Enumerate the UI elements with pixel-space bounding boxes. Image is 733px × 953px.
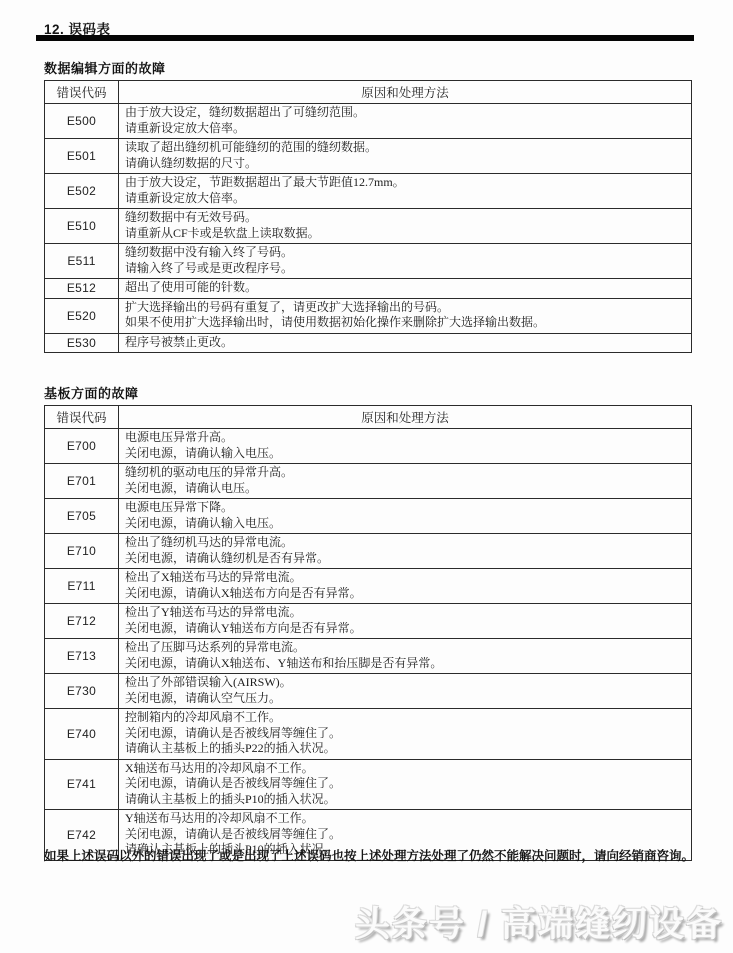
error-code: E741 xyxy=(45,759,119,810)
table-row: E530 程序号被禁止更改。 xyxy=(45,333,692,353)
table-row: E730 检出了外部错误输入(AIRSW)。关闭电源，请确认空气压力。 xyxy=(45,674,692,709)
description-line: 请确认主基板上的插头P22的插入状况。 xyxy=(125,741,685,757)
error-code: E700 xyxy=(45,429,119,464)
error-description: 由于放大设定，缝纫数据超出了可缝纫范围。请重新设定放大倍率。 xyxy=(119,104,692,139)
error-code: E520 xyxy=(45,298,119,333)
description-line: 缝纫数据中有无效号码。 xyxy=(125,210,685,226)
description-line: 缝纫数据中没有输入终了号码。 xyxy=(125,245,685,261)
error-description: 电源电压异常下降。关闭电源，请确认输入电压。 xyxy=(119,499,692,534)
description-line: 关闭电源，请确认电压。 xyxy=(125,481,685,497)
description-line: 程序号被禁止更改。 xyxy=(125,335,685,351)
error-code: E740 xyxy=(45,709,119,760)
description-line: 缝纫机的驱动电压的异常升高。 xyxy=(125,465,685,481)
description-line: 关闭电源，请确认Y轴送布方向是否有异常。 xyxy=(125,621,685,637)
description-line: 请重新设定放大倍率。 xyxy=(125,121,685,137)
error-description: 检出了压脚马达系列的异常电流。关闭电源，请确认X轴送布、Y轴送布和抬压脚是否有异… xyxy=(119,639,692,674)
description-line: 关闭电源，请确认X轴送布、Y轴送布和抬压脚是否有异常。 xyxy=(125,656,685,672)
document-page: 12. 误码表 数据编辑方面的故障 错误代码 原因和处理方法 E500 由于放大… xyxy=(0,0,733,953)
error-table-section: 数据编辑方面的故障 错误代码 原因和处理方法 E500 由于放大设定，缝纫数据超… xyxy=(44,58,692,353)
description-line: 关闭电源，请确认输入电压。 xyxy=(125,516,685,532)
watermark: 头条号 / 高端缝纫设备 xyxy=(355,897,723,947)
error-code: E705 xyxy=(45,499,119,534)
table-row: E511 缝纫数据中没有输入终了号码。请输入终了号或是更改程序号。 xyxy=(45,244,692,279)
error-description: 超出了使用可能的针数。 xyxy=(119,279,692,299)
error-description: 检出了Y轴送布马达的异常电流。关闭电源，请确认Y轴送布方向是否有异常。 xyxy=(119,604,692,639)
error-description: 缝纫机的驱动电压的异常升高。关闭电源，请确认电压。 xyxy=(119,464,692,499)
table-row: E500 由于放大设定，缝纫数据超出了可缝纫范围。请重新设定放大倍率。 xyxy=(45,104,692,139)
footer-note: 如果上述误码以外的错误出现了或是出现了上述误码也按上述处理方法处理了仍然不能解决… xyxy=(44,848,694,865)
error-description: 电源电压异常升高。关闭电源，请确认输入电压。 xyxy=(119,429,692,464)
table-row: E712 检出了Y轴送布马达的异常电流。关闭电源，请确认Y轴送布方向是否有异常。 xyxy=(45,604,692,639)
error-description: 检出了X轴送布马达的异常电流。关闭电源，请确认X轴送布方向是否有异常。 xyxy=(119,569,692,604)
description-line: 检出了外部错误输入(AIRSW)。 xyxy=(125,675,685,691)
error-code: E501 xyxy=(45,139,119,174)
error-description: 控制箱内的冷却风扇不工作。关闭电源，请确认是否被线屑等缠住了。请确认主基板上的插… xyxy=(119,709,692,760)
error-description: 由于放大设定，节距数据超出了最大节距值12.7mm。请重新设定放大倍率。 xyxy=(119,174,692,209)
error-table: 错误代码 原因和处理方法 E500 由于放大设定，缝纫数据超出了可缝纫范围。请重… xyxy=(44,80,692,353)
description-line: Y轴送布马达用的冷却风扇不工作。 xyxy=(125,811,685,827)
error-code: E730 xyxy=(45,674,119,709)
description-line: 扩大选择输出的号码有重复了，请更改扩大选择输出的号码。 xyxy=(125,300,685,316)
column-header-cause-remedy: 原因和处理方法 xyxy=(119,81,692,104)
table-row: E705 电源电压异常下降。关闭电源，请确认输入电压。 xyxy=(45,499,692,534)
description-line: 检出了压脚马达系列的异常电流。 xyxy=(125,640,685,656)
table-row: E711 检出了X轴送布马达的异常电流。关闭电源，请确认X轴送布方向是否有异常。 xyxy=(45,569,692,604)
table-row: E710 检出了缝纫机马达的异常电流。关闭电源，请确认缝纫机是否有异常。 xyxy=(45,534,692,569)
error-code: E500 xyxy=(45,104,119,139)
error-code: E530 xyxy=(45,333,119,353)
error-code: E712 xyxy=(45,604,119,639)
error-description: 读取了超出缝纫机可能缝纫的范围的缝纫数据。请确认缝纫数据的尺寸。 xyxy=(119,139,692,174)
table-body: E500 由于放大设定，缝纫数据超出了可缝纫范围。请重新设定放大倍率。 E501… xyxy=(45,104,692,353)
description-line: 关闭电源，请确认输入电压。 xyxy=(125,446,685,462)
description-line: 读取了超出缝纫机可能缝纫的范围的缝纫数据。 xyxy=(125,140,685,156)
description-line: 请重新设定放大倍率。 xyxy=(125,191,685,207)
table-row: E520 扩大选择输出的号码有重复了，请更改扩大选择输出的号码。如果不使用扩大选… xyxy=(45,298,692,333)
error-table-section: 基板方面的故障 错误代码 原因和处理方法 E700 电源电压异常升高。关闭电源，… xyxy=(44,383,692,861)
column-header-cause-remedy: 原因和处理方法 xyxy=(119,406,692,429)
description-line: 关闭电源，请确认是否被线屑等缠住了。 xyxy=(125,726,685,742)
table-row: E700 电源电压异常升高。关闭电源，请确认输入电压。 xyxy=(45,429,692,464)
description-line: 关闭电源，请确认空气压力。 xyxy=(125,691,685,707)
description-line: 电源电压异常升高。 xyxy=(125,430,685,446)
description-line: 由于放大设定，缝纫数据超出了可缝纫范围。 xyxy=(125,105,685,121)
description-line: 如果不使用扩大选择输出时，请使用数据初始化操作来删除扩大选择输出数据。 xyxy=(125,315,685,331)
table-header-row: 错误代码 原因和处理方法 xyxy=(45,81,692,104)
column-header-error-code: 错误代码 xyxy=(45,406,119,429)
error-code: E713 xyxy=(45,639,119,674)
table-row: E501 读取了超出缝纫机可能缝纫的范围的缝纫数据。请确认缝纫数据的尺寸。 xyxy=(45,139,692,174)
column-header-error-code: 错误代码 xyxy=(45,81,119,104)
description-line: 由于放大设定，节距数据超出了最大节距值12.7mm。 xyxy=(125,175,685,191)
section-title: 基板方面的故障 xyxy=(44,383,692,402)
description-line: 超出了使用可能的针数。 xyxy=(125,280,685,296)
table-row: E510 缝纫数据中有无效号码。请重新从CF卡或是软盘上读取数据。 xyxy=(45,209,692,244)
description-line: 关闭电源，请确认是否被线屑等缠住了。 xyxy=(125,776,685,792)
error-description: 检出了缝纫机马达的异常电流。关闭电源，请确认缝纫机是否有异常。 xyxy=(119,534,692,569)
table-body: E700 电源电压异常升高。关闭电源，请确认输入电压。 E701 缝纫机的驱动电… xyxy=(45,429,692,861)
error-description: 缝纫数据中有无效号码。请重新从CF卡或是软盘上读取数据。 xyxy=(119,209,692,244)
table-row: E512 超出了使用可能的针数。 xyxy=(45,279,692,299)
error-code: E502 xyxy=(45,174,119,209)
description-line: 请确认缝纫数据的尺寸。 xyxy=(125,156,685,172)
description-line: 电源电压异常下降。 xyxy=(125,500,685,516)
description-line: 检出了X轴送布马达的异常电流。 xyxy=(125,570,685,586)
description-line: 请重新从CF卡或是软盘上读取数据。 xyxy=(125,226,685,242)
table-row: E701 缝纫机的驱动电压的异常升高。关闭电源，请确认电压。 xyxy=(45,464,692,499)
description-line: X轴送布马达用的冷却风扇不工作。 xyxy=(125,761,685,777)
description-line: 关闭电源，请确认X轴送布方向是否有异常。 xyxy=(125,586,685,602)
description-line: 请输入终了号或是更改程序号。 xyxy=(125,261,685,277)
description-line: 控制箱内的冷却风扇不工作。 xyxy=(125,710,685,726)
table-header-row: 错误代码 原因和处理方法 xyxy=(45,406,692,429)
error-code: E510 xyxy=(45,209,119,244)
table-row: E740 控制箱内的冷却风扇不工作。关闭电源，请确认是否被线屑等缠住了。请确认主… xyxy=(45,709,692,760)
description-line: 关闭电源，请确认是否被线屑等缠住了。 xyxy=(125,827,685,843)
table-row: E502 由于放大设定，节距数据超出了最大节距值12.7mm。请重新设定放大倍率… xyxy=(45,174,692,209)
error-description: 缝纫数据中没有输入终了号码。请输入终了号或是更改程序号。 xyxy=(119,244,692,279)
description-line: 请确认主基板上的插头P10的插入状况。 xyxy=(125,792,685,808)
table-row: E713 检出了压脚马达系列的异常电流。关闭电源，请确认X轴送布、Y轴送布和抬压… xyxy=(45,639,692,674)
error-code: E710 xyxy=(45,534,119,569)
error-code: E511 xyxy=(45,244,119,279)
error-description: 程序号被禁止更改。 xyxy=(119,333,692,353)
error-code: E711 xyxy=(45,569,119,604)
header-rule xyxy=(36,35,694,41)
error-table: 错误代码 原因和处理方法 E700 电源电压异常升高。关闭电源，请确认输入电压。… xyxy=(44,405,692,861)
description-line: 检出了缝纫机马达的异常电流。 xyxy=(125,535,685,551)
error-description: 扩大选择输出的号码有重复了，请更改扩大选择输出的号码。如果不使用扩大选择输出时，… xyxy=(119,298,692,333)
error-description: X轴送布马达用的冷却风扇不工作。关闭电源，请确认是否被线屑等缠住了。请确认主基板… xyxy=(119,759,692,810)
description-line: 关闭电源，请确认缝纫机是否有异常。 xyxy=(125,551,685,567)
table-row: E741 X轴送布马达用的冷却风扇不工作。关闭电源，请确认是否被线屑等缠住了。请… xyxy=(45,759,692,810)
error-code: E701 xyxy=(45,464,119,499)
error-description: 检出了外部错误输入(AIRSW)。关闭电源，请确认空气压力。 xyxy=(119,674,692,709)
section-title: 数据编辑方面的故障 xyxy=(44,58,692,77)
description-line: 检出了Y轴送布马达的异常电流。 xyxy=(125,605,685,621)
tables-container: 数据编辑方面的故障 错误代码 原因和处理方法 E500 由于放大设定，缝纫数据超… xyxy=(44,58,692,861)
error-code: E512 xyxy=(45,279,119,299)
